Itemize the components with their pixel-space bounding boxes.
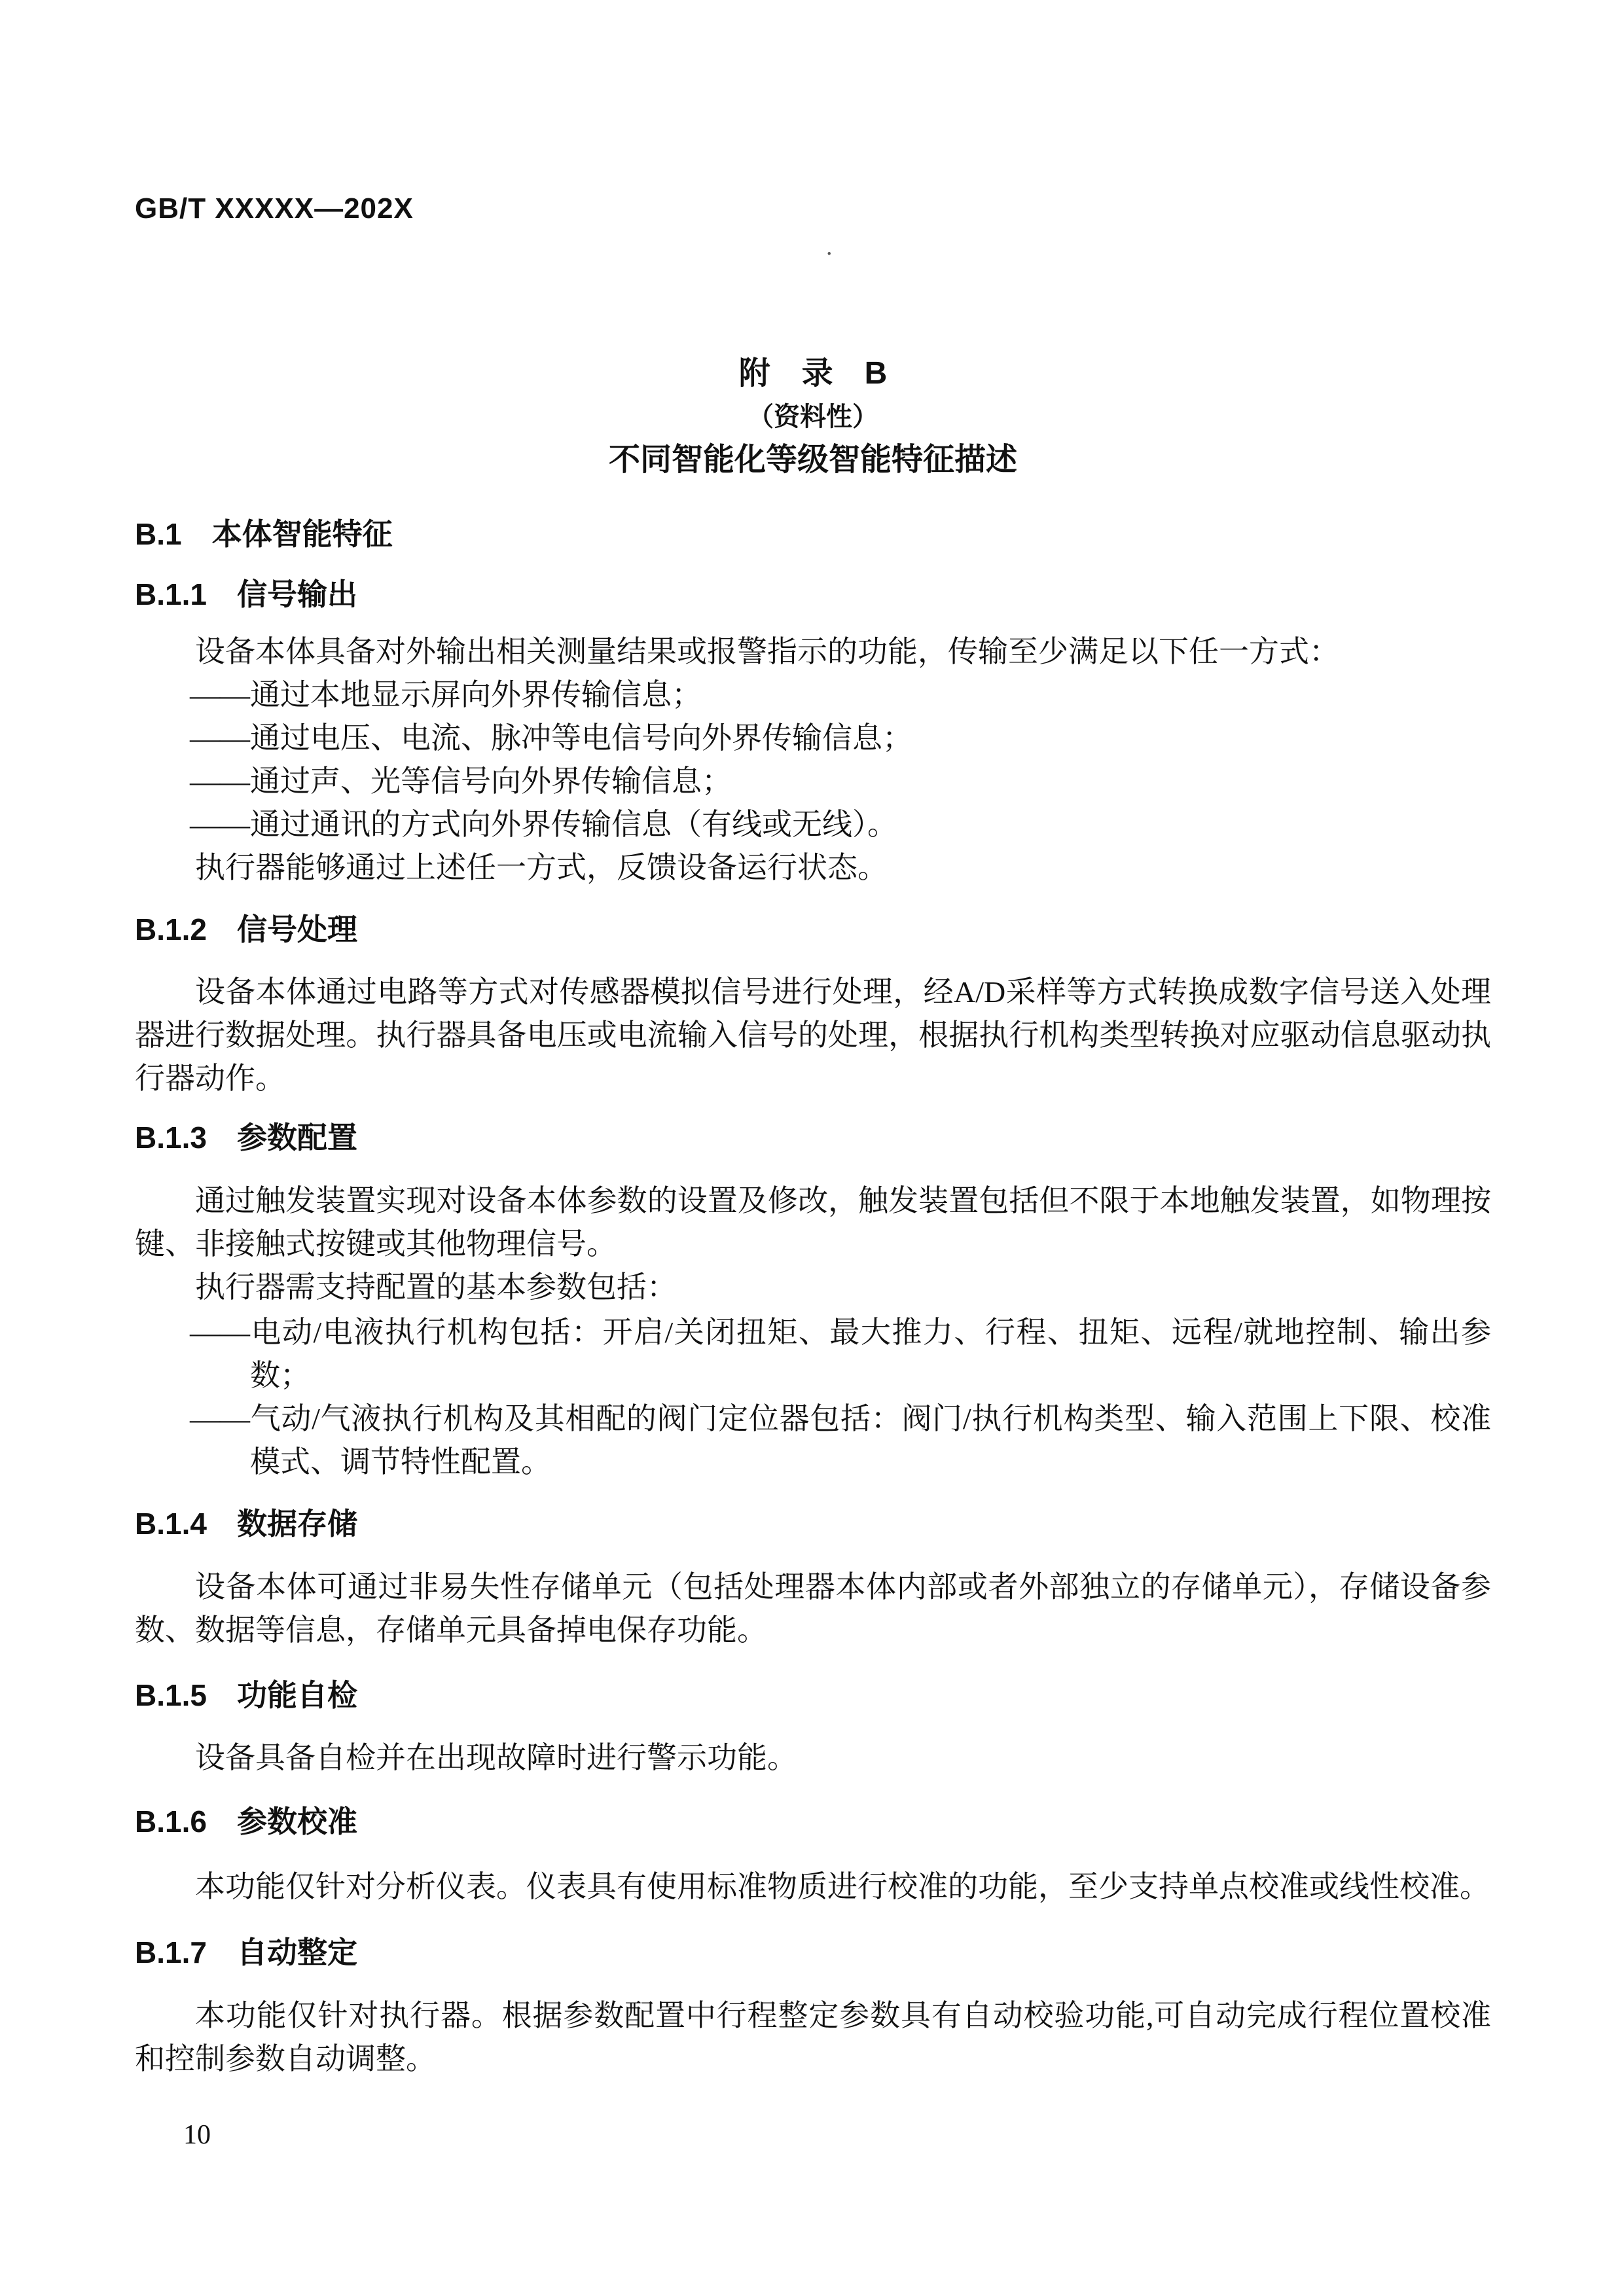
section-b16-title: 参数校准: [237, 1804, 357, 1839]
section-b13-heading: B.1.3参数配置: [135, 1116, 1491, 1159]
section-b15-title: 功能自检: [237, 1678, 357, 1712]
b17-paragraph: 本功能仅针对执行器。根据参数配置中行程整定参数具有自动校验功能,可自动完成行程位…: [135, 1994, 1491, 2081]
b13-dash-list: ——电动/电液执行机构包括：开启/关闭扭矩、最大推力、行程、扭矩、远程/就地控制…: [135, 1311, 1491, 1484]
b15-paragraph: 设备具备自检并在出现故障时进行警示功能。: [135, 1736, 1491, 1780]
section-b17-heading: B.1.7自动整定: [135, 1931, 1491, 1974]
appendix-normativity: （资料性）: [135, 395, 1491, 439]
section-b17-title: 自动整定: [237, 1935, 357, 1969]
section-b11-title: 信号输出: [237, 577, 357, 611]
section-b13-title: 参数配置: [237, 1121, 357, 1155]
stray-dot-mark: .: [826, 234, 833, 259]
b11-dash-item-2: ——通过电压、电流、脉冲等电信号向外界传输信息；: [190, 717, 1491, 760]
b13-dash-item-2: ——气动/气液执行机构及其相配的阀门定位器包括：阀门/执行机构类型、输入范围上下…: [190, 1397, 1491, 1484]
b12-paragraph: 设备本体通过电路等方式对传感器模拟信号进行处理，经A/D采样等方式转换成数字信号…: [135, 971, 1491, 1100]
section-b16-number: B.1.6: [135, 1804, 207, 1839]
b11-outro-paragraph: 执行器能够通过上述任一方式，反馈设备运行状态。: [135, 846, 1491, 889]
b11-dash-item-4: ——通过通讯的方式向外界传输信息（有线或无线）。: [190, 803, 1491, 846]
b11-intro-paragraph: 设备本体具备对外输出相关测量结果或报警指示的功能，传输至少满足以下任一方式：: [135, 630, 1491, 673]
section-b16-heading: B.1.6参数校准: [135, 1800, 1491, 1843]
section-b1-heading: B.1本体智能特征: [135, 512, 1491, 556]
section-b15-heading: B.1.5功能自检: [135, 1674, 1491, 1717]
appendix-heading-block: 附 录 B （资料性） 不同智能化等级智能特征描述: [135, 352, 1491, 482]
section-b1-title: 本体智能特征: [212, 517, 393, 551]
section-b15-number: B.1.5: [135, 1678, 207, 1712]
section-b14-heading: B.1.4数据存储: [135, 1502, 1491, 1545]
b11-dash-list: ——通过本地显示屏向外界传输信息； ——通过电压、电流、脉冲等电信号向外界传输信…: [135, 673, 1491, 846]
section-b13-number: B.1.3: [135, 1121, 207, 1155]
b13-paragraph-2: 执行器需支持配置的基本参数包括：: [135, 1266, 1491, 1309]
b14-paragraph: 设备本体可通过非易失性存储单元（包括处理器本体内部或者外部独立的存储单元），存储…: [135, 1566, 1491, 1652]
section-b12-title: 信号处理: [237, 912, 357, 946]
b13-paragraph-1: 通过触发装置实现对设备本体参数的设置及修改，触发装置包括但不限于本地触发装置，如…: [135, 1179, 1491, 1266]
b16-paragraph: 本功能仅针对分析仪表。仪表具有使用标准物质进行校准的功能，至少支持单点校准或线性…: [135, 1865, 1491, 1909]
section-b17-number: B.1.7: [135, 1935, 207, 1969]
document-page: GB/T XXXXX—202X . 附 录 B （资料性） 不同智能化等级智能特…: [0, 0, 1624, 2296]
b11-dash-item-1: ——通过本地显示屏向外界传输信息；: [190, 673, 1491, 717]
section-b14-number: B.1.4: [135, 1507, 207, 1541]
standard-code-header: GB/T XXXXX—202X: [135, 191, 1491, 226]
section-b12-heading: B.1.2信号处理: [135, 908, 1491, 951]
section-b14-title: 数据存储: [237, 1507, 357, 1541]
section-b12-number: B.1.2: [135, 912, 207, 946]
section-b11-heading: B.1.1信号输出: [135, 573, 1491, 616]
appendix-title: 不同智能化等级智能特征描述: [135, 439, 1491, 482]
b11-dash-item-3: ——通过声、光等信号向外界传输信息；: [190, 760, 1491, 803]
b13-dash-item-1: ——电动/电液执行机构包括：开启/关闭扭矩、最大推力、行程、扭矩、远程/就地控制…: [190, 1311, 1491, 1397]
appendix-label: 附 录 B: [135, 352, 1491, 395]
page-number: 10: [183, 2119, 1491, 2151]
section-b1-number: B.1: [135, 517, 182, 551]
section-b11-number: B.1.1: [135, 577, 207, 611]
